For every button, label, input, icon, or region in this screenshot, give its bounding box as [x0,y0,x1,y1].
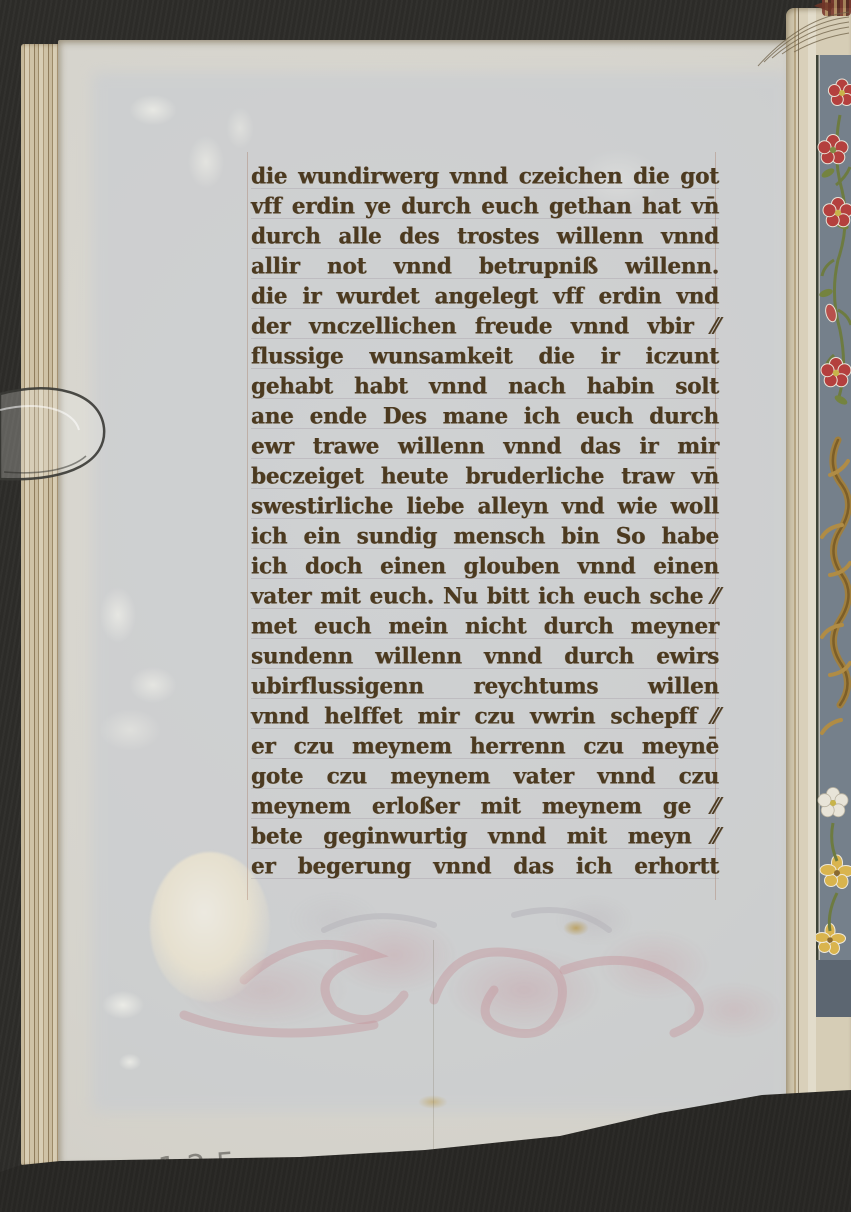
manuscript-text-line: swestirliche liebe alleyn vnd wie woll [251,491,719,523]
stain-spot [563,920,589,936]
manuscript-text-line: die ir wurdet angelegt vff erdin vnd [251,281,719,313]
manuscript-text-line: der vnczellichen freude vnnd vbir ⁄⁄ [251,311,719,343]
glass-page-weight [0,376,125,496]
manuscript-text-line: vff erdin ye durch euch gethan hat vn̄ [251,191,719,223]
manuscript-photo: die wundirwerg vnnd czeichen die gotvff … [0,0,851,1212]
manuscript-page-125v: die wundirwerg vnnd czeichen die gotvff … [58,40,798,1168]
manuscript-text-line: allir not vnnd betrupniß willenn. [251,251,719,283]
manuscript-text-line: gote czu meynem vater vnnd czu [251,761,719,793]
manuscript-text-line: durch alle des trostes willenn vnnd [251,221,719,253]
manuscript-text-line: bete geginwurtig vnnd mit meyn ⁄⁄ [251,821,719,853]
manuscript-text-line: ane ende Des mane ich euch durch [251,401,719,433]
facing-page-crease [798,8,799,1108]
manuscript-text-line: er begerung vnnd das ich erhortt [251,851,719,883]
manuscript-text-line: ich ein sundig mensch bin So habe [251,521,719,553]
text-block: die wundirwerg vnnd czeichen die gotvff … [251,161,719,881]
manuscript-text-line: sundenn willenn vnnd durch ewirs [251,641,719,673]
illuminated-border [816,55,851,1075]
manuscript-text-line: er czu meynem herrenn czu meynē [251,731,719,763]
manuscript-text-line: vnnd helffet mir czu vwrin schepff ⁄⁄ [251,701,719,733]
manuscript-text-line: vater mit euch. Nu bitt ich euch sche ⁄⁄ [251,581,719,613]
manuscript-text-line: ich doch einen glouben vnnd einen [251,551,719,583]
manuscript-text-line: ubirflussigenn reychtums willen [251,671,719,703]
manuscript-text-line: met euch mein nicht durch meyner [251,611,719,643]
manuscript-text-line: ewr trawe willenn vnnd das ir mir [251,431,719,463]
facing-page-sliver [786,8,851,1108]
ruling-line-left [247,152,248,900]
manuscript-text-line: gehabt habt vnnd nach habin solt [251,371,719,403]
manuscript-text-line: beczeiget heute bruderliche traw vn̄ [251,461,719,493]
book-page-edges-left [21,44,63,1166]
manuscript-text-line: flussige wunsamkeit die ir iczunt [251,341,719,373]
manuscript-text-line: meynem erloßer mit meynem ge ⁄⁄ [251,791,719,823]
manuscript-text-line: die wundirwerg vnnd czeichen die got [251,161,719,193]
page-curve-lines [756,0,851,75]
